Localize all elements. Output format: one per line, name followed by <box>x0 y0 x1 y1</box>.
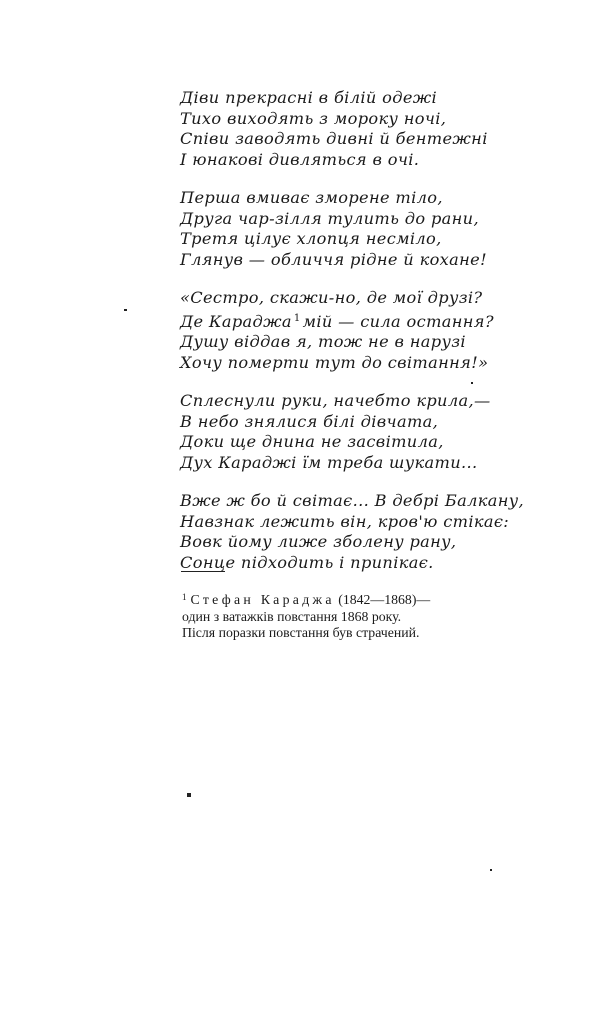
poem-line: Перша вмиває зморене тіло, <box>180 188 510 209</box>
stanza-3: «Сестро, скажи-но, де мої друзі? Де Кара… <box>180 288 510 373</box>
footnote-dates: (1842—1868)— <box>338 592 430 607</box>
poem-line: Сонце підходить і припікає. <box>180 553 510 574</box>
poem-line: Навзнак лежить він, кров'ю стікає: <box>180 512 510 533</box>
poem-line: В небо знялися білі дівчата, <box>180 412 510 433</box>
poem-line: Дух Караджі їм треба шукати... <box>180 453 510 474</box>
poem: Діви прекрасні в білій одежі Тихо виходя… <box>180 88 510 591</box>
footnote: 1Стефан Караджа (1842—1868)— один з вата… <box>182 589 512 642</box>
stanza-5: Вже ж бо й світає... В дебрі Балкану, На… <box>180 491 510 573</box>
stanza-1: Діви прекрасні в білій одежі Тихо виходя… <box>180 88 510 170</box>
poem-line: Тихо виходять з мороку ночі, <box>180 109 510 130</box>
footnote-line: один з ватажків повстання 1868 року. <box>182 609 512 626</box>
footnote-divider <box>181 571 225 572</box>
poem-line-part: мій — сила остання? <box>303 312 494 331</box>
poem-line: Діви прекрасні в білій одежі <box>180 88 510 109</box>
footnote-marker: 1 <box>182 592 187 602</box>
poem-line-part: Де Караджа <box>180 312 292 331</box>
poem-line: Друга чар-зілля тулить до рани, <box>180 209 510 230</box>
footnote-line: Після поразки повстання був страчений. <box>182 625 512 642</box>
poem-line: Третя цілує хлопця несміло, <box>180 229 510 250</box>
poem-line: І юнакові дивляться в очі. <box>180 150 510 171</box>
poem-line: «Сестро, скажи-но, де мої друзі? <box>180 288 510 309</box>
poem-line: Співи заводять дивні й бентежні <box>180 129 510 150</box>
poem-line: Вже ж бо й світає... В дебрі Балкану, <box>180 491 510 512</box>
stanza-2: Перша вмиває зморене тіло, Друга чар-зіл… <box>180 188 510 270</box>
scan-speck <box>471 382 473 384</box>
poem-line: Вовк йому лиже зболену рану, <box>180 532 510 553</box>
stanza-4: Сплеснули руки, начебто крила,— В небо з… <box>180 391 510 473</box>
footnote-reference[interactable]: 1 <box>294 313 301 324</box>
poem-line: Де Караджа1мій — сила остання? <box>180 309 510 333</box>
poem-line: Хочу померти тут до світання!» <box>180 353 510 374</box>
poem-line: Душу віддав я, тож не в нарузі <box>180 332 510 353</box>
scan-speck <box>187 793 191 797</box>
footnote-name: Стефан Караджа <box>191 592 335 607</box>
footnote-line: 1Стефан Караджа (1842—1868)— <box>182 589 512 609</box>
poem-line: Доки ще днина не засвітила, <box>180 432 510 453</box>
book-page: Діви прекрасні в білій одежі Тихо виходя… <box>0 0 600 1015</box>
scan-speck <box>490 869 492 871</box>
poem-line: Глянув — обличчя рідне й кохане! <box>180 250 510 271</box>
scan-speck <box>124 309 127 311</box>
poem-line: Сплеснули руки, начебто крила,— <box>180 391 510 412</box>
